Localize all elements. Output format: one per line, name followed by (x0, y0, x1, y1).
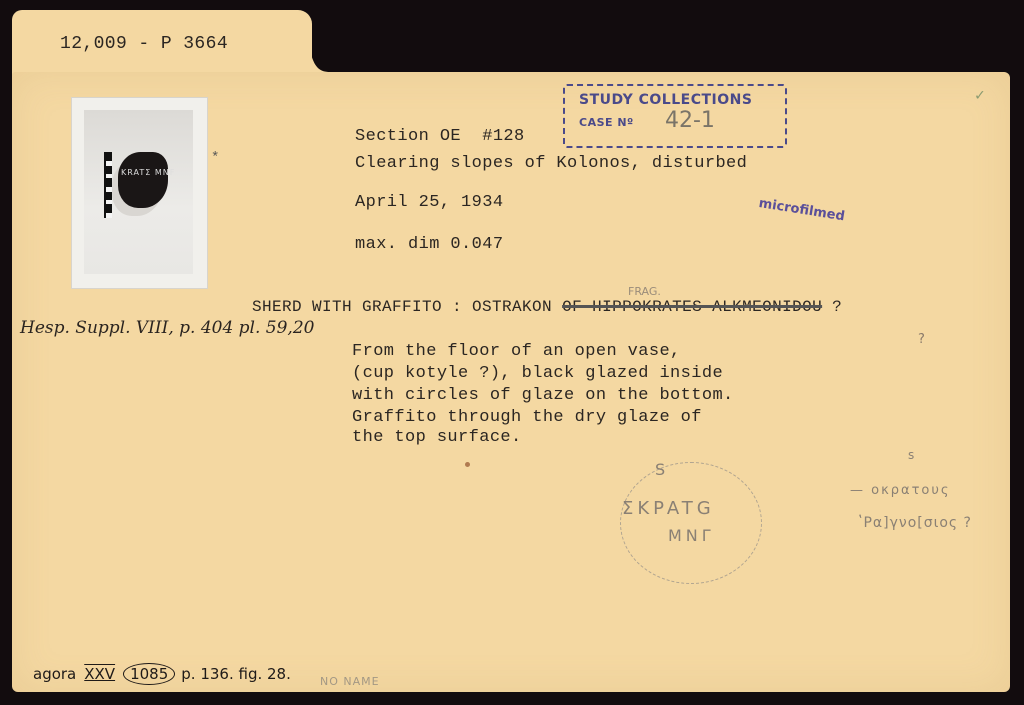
description-line: Graffito through the dry glaze of (352, 408, 702, 427)
title-struck-text: OF HIPPOKRATES ALKMEONIDOU (562, 298, 822, 316)
check-mark-icon: ✓ (975, 85, 985, 105)
star-mark: * (211, 150, 219, 166)
scale-bar (104, 152, 112, 218)
graffito-sketch-line: ΣKPATG (622, 498, 715, 519)
stamp-case-number: 42-1 (665, 108, 715, 133)
sherd-inscription: KRATΣ MNF (121, 168, 175, 177)
question-annotation: ? (918, 332, 925, 347)
description-line: From the floor of an open vase, (352, 342, 681, 361)
ink-spot (465, 462, 470, 467)
graffito-sketch-outline (620, 462, 762, 584)
agora-prefix: agora (33, 665, 76, 683)
location-line: Clearing slopes of Kolonos, disturbed (355, 154, 747, 173)
object-photo: KRATΣ MNF (71, 97, 208, 289)
graffito-sketch-line: S (655, 460, 665, 479)
object-title: SHERD WITH GRAFFITO : OSTRAKON OF HIPPOK… (252, 298, 842, 316)
date-line: April 25, 1934 (355, 193, 503, 212)
pencil-reading-line: — οκρατους (850, 483, 951, 498)
study-collections-stamp: STUDY COLLECTIONS CASE Nº 42-1 (563, 84, 787, 148)
agora-volume: XXV (84, 665, 115, 683)
description-line: with circles of glaze on the bottom. (352, 386, 734, 405)
agora-reference: agoraXXV1085p. 136. fig. 28. (33, 665, 291, 683)
frag-annotation: FRAG. (628, 285, 661, 298)
graffito-sketch-line: MNΓ (668, 526, 715, 545)
dimension-line: max. dim 0.047 (355, 235, 503, 254)
catalog-number: 12,009 - P 3664 (60, 34, 228, 54)
no-name-note: NO NAME (320, 675, 380, 688)
description-line: (cup kotyle ?), black glazed inside (352, 364, 723, 383)
agora-number: 1085 (123, 663, 175, 685)
description-line: the top surface. (352, 428, 522, 447)
stamp-case-label: CASE Nº (579, 116, 634, 129)
title-prefix: SHERD WITH GRAFFITO : OSTRAKON (252, 298, 562, 316)
sherd-image (118, 152, 168, 208)
agora-page-fig: p. 136. fig. 28. (181, 665, 291, 683)
photo-background: KRATΣ MNF (84, 110, 193, 274)
pencil-reading-mark: s (908, 448, 914, 462)
section-line: Section OE #128 (355, 127, 525, 146)
publication-reference: Hesp. Suppl. VIII, p. 404 pl. 59,20 (20, 318, 314, 338)
stamp-title: STUDY COLLECTIONS (579, 92, 752, 108)
pencil-reading-line: ʽΡα]γνο[σιος ? (858, 515, 972, 531)
title-suffix: ? (822, 298, 842, 316)
